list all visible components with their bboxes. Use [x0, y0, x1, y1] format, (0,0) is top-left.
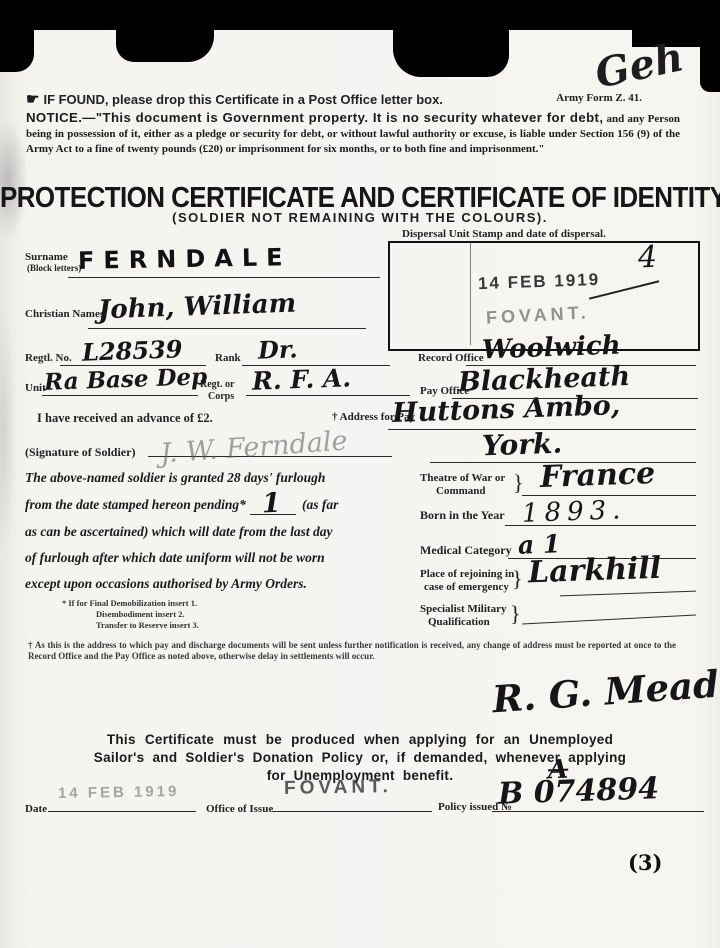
surname-sublabel: (Block letters)	[27, 263, 81, 273]
surname-value: FERNDALE	[78, 243, 292, 275]
corner-scribble: Geh	[591, 33, 688, 97]
officer-signature: R. G. Meades	[491, 659, 720, 722]
born-label: Born in the Year	[420, 508, 505, 523]
regtl-no-label: Regtl. No.	[25, 352, 72, 364]
unit-value: Ra Base Dep	[44, 363, 208, 396]
corps-label-2: Corps	[208, 391, 234, 402]
specialist-label-1: Specialist Military	[420, 603, 506, 615]
scan-top-band	[0, 0, 720, 30]
theatre-value: France	[539, 456, 655, 495]
advance-text: I have received an advance of £2.	[37, 411, 213, 426]
furlough-line-5: except upon occasions authorised by Army…	[25, 576, 307, 592]
christian-names-label: Christian Names	[25, 308, 104, 320]
stamp-edge-line	[470, 243, 472, 345]
surname-label: Surname	[25, 251, 68, 263]
scan-smudge2	[0, 300, 16, 560]
office-of-issue-label: Office of Issue	[206, 803, 273, 815]
signature-of-soldier-label: (Signature of Soldier)	[25, 445, 135, 460]
born-line	[505, 524, 696, 526]
furlough-line-4: of furlough after which date uniform wil…	[25, 550, 325, 566]
torn-edge-left	[0, 0, 34, 72]
rejoin-label-2: case of emergency	[424, 581, 509, 593]
dispersal-stamp-label: Dispersal Unit Stamp and date of dispers…	[402, 228, 606, 242]
notice-paragraph: NOTICE.—"This document is Government pro…	[26, 110, 680, 156]
rejoin-label-1: Place of rejoining in	[420, 568, 514, 580]
record-office-label: Record Office	[418, 352, 484, 364]
specialist-label-2: Qualification	[428, 616, 490, 628]
surname-line	[68, 276, 380, 278]
bottom-notice-line-1: This Certificate must be produced when a…	[0, 732, 720, 747]
furlough-insert-line	[250, 513, 296, 515]
policy-number-value: B 074894	[497, 771, 659, 812]
date-stamp: 14 FEB 1919	[58, 783, 180, 802]
bottom-notice-line-2: Sailor's and Soldier's Donation Policy o…	[0, 750, 720, 765]
theatre-label-1: Theatre of War or	[420, 472, 505, 484]
rank-label: Rank	[215, 352, 241, 364]
rejoin-value: Larkhill	[527, 551, 661, 591]
scanned-certificate: Geh ☛ IF FOUND, please drop this Certifi…	[0, 0, 720, 948]
corps-line	[246, 394, 410, 396]
corps-value: R. F. A.	[252, 363, 352, 395]
policy-line	[492, 810, 704, 812]
furlough-line-2a: from the date stamped hereon pending*	[25, 497, 246, 513]
regtl-no-value: L28539	[82, 334, 183, 366]
record-office-value: Woolwich	[482, 331, 622, 366]
if-found-text: IF FOUND, please drop this Certificate i…	[43, 92, 442, 107]
date-line	[48, 810, 196, 812]
torn-edge-corner	[700, 0, 720, 92]
torn-edge-notch2	[393, 0, 509, 77]
footnote-paragraph: † As this is the address to which pay an…	[28, 640, 676, 661]
rejoin-line	[560, 590, 696, 597]
certificate-subtitle: (SOLDIER NOT REMAINING WITH THE COLOURS)…	[0, 210, 720, 225]
torn-edge-notch1	[116, 0, 214, 62]
address-for-pay-value2: York.	[481, 427, 562, 463]
furlough-line-3: as can be ascertained) which will date f…	[25, 524, 333, 540]
stamp-date: 14 FEB 1919	[478, 270, 601, 294]
medical-category-label: Medical Category	[420, 543, 512, 558]
theatre-label-2: Command	[436, 485, 486, 497]
address-for-pay-value1: Huttons Ambo,	[392, 390, 621, 429]
furlough-line-1: The above-named soldier is granted 28 da…	[25, 470, 325, 486]
pointing-hand-icon: ☛	[26, 92, 39, 108]
date-label: Date	[25, 803, 47, 815]
furlough-note-3: Transfer to Reserve insert 3.	[96, 620, 199, 630]
specialist-line	[522, 613, 696, 624]
page-number: (3)	[628, 850, 662, 875]
furlough-note-2: Disembodiment insert 2.	[96, 609, 185, 619]
office-stamp: FOVANT.	[284, 776, 392, 800]
christian-names-line	[88, 327, 366, 329]
unit-label: Unit	[25, 382, 46, 394]
unit-line	[42, 394, 198, 396]
stamp-annotation: 4	[637, 240, 657, 276]
specialist-brace: }	[510, 601, 521, 627]
rejoin-brace: }	[512, 566, 523, 592]
notice-bold-text: NOTICE.—"This document is Government pro…	[26, 110, 603, 125]
furlough-note-1: * If for Final Demobilization insert 1.	[62, 598, 197, 608]
rank-value: Dr.	[258, 334, 299, 364]
furlough-line-2b: (as far	[302, 497, 338, 513]
christian-names-value: John, William	[98, 289, 297, 326]
theatre-brace: }	[513, 470, 524, 496]
soldier-signature-value: J. W. Ferndale	[159, 425, 348, 469]
if-found-line: ☛ IF FOUND, please drop this Certificate…	[26, 90, 720, 109]
office-line	[272, 810, 432, 812]
corps-label-1: Regt. or	[200, 379, 234, 390]
army-form-number: Army Form Z. 41.	[556, 92, 642, 104]
